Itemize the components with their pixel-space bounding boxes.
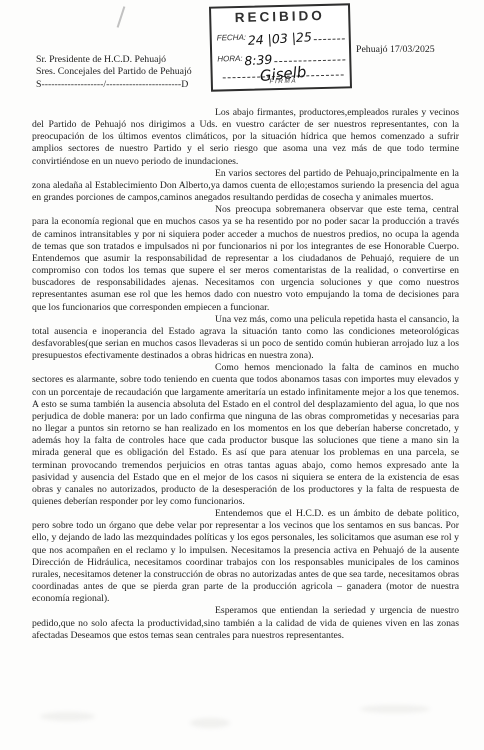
received-stamp: RECIBIDO FECHA: 24 |03 |25 HORA: 8:39 Gi… [209,3,352,91]
stamp-fecha-label: FECHA: [217,33,247,44]
scan-smudge [40,712,95,721]
recipient-block: Sr. Presidente de H.C.D. Pehuajó Sres. C… [36,54,192,91]
handwritten-time: 8:39 [242,55,275,67]
dotted-line [275,59,346,62]
scan-smudge [360,705,430,713]
paragraph-7: Esperamos que entiendan la seriedad y ur… [32,605,459,641]
paragraph-3: Nos preocupa sobremanera observar que es… [32,204,459,313]
stamp-fecha-row: FECHA: 24 |03 |25 [217,30,345,43]
scanned-letter-page: RECIBIDO FECHA: 24 |03 |25 HORA: 8:39 Gi… [0,0,484,750]
recipient-line-2: Sres. Concejales del Partido de Pehuajó [36,66,192,78]
stray-ink-mark [117,6,126,28]
paragraph-6: Entendemos que el H.C.D. es un ámbito de… [32,508,459,605]
dotted-line [314,38,345,40]
paragraph-2: En varios sectores del partido de Pehuaj… [32,168,459,204]
stamp-title: RECIBIDO [211,7,348,25]
recipient-line-3: S-------------------/-------------------… [36,79,192,91]
stamp-hora-row: HORA: 8:39 [217,51,345,64]
letter-body: Los abajo firmantes, productores,emplead… [32,107,459,642]
letter-dateline: Pehuajó 17/03/2025 [356,44,435,55]
paragraph-1: Los abajo firmantes, productores,emplead… [32,107,459,168]
paragraph-4: Una vez más, como una pelicula repetida … [32,314,459,363]
recipient-line-1: Sr. Presidente de H.C.D. Pehuajó [36,54,192,66]
stamp-hora-label: HORA: [217,54,243,65]
paragraph-5: Como hemos mencionado la falta de camino… [32,362,459,508]
stamp-signature-block: Giselb FIRMA [222,64,343,86]
handwritten-date: 24 |03 |25 [246,32,315,46]
scan-smudge [190,718,230,728]
